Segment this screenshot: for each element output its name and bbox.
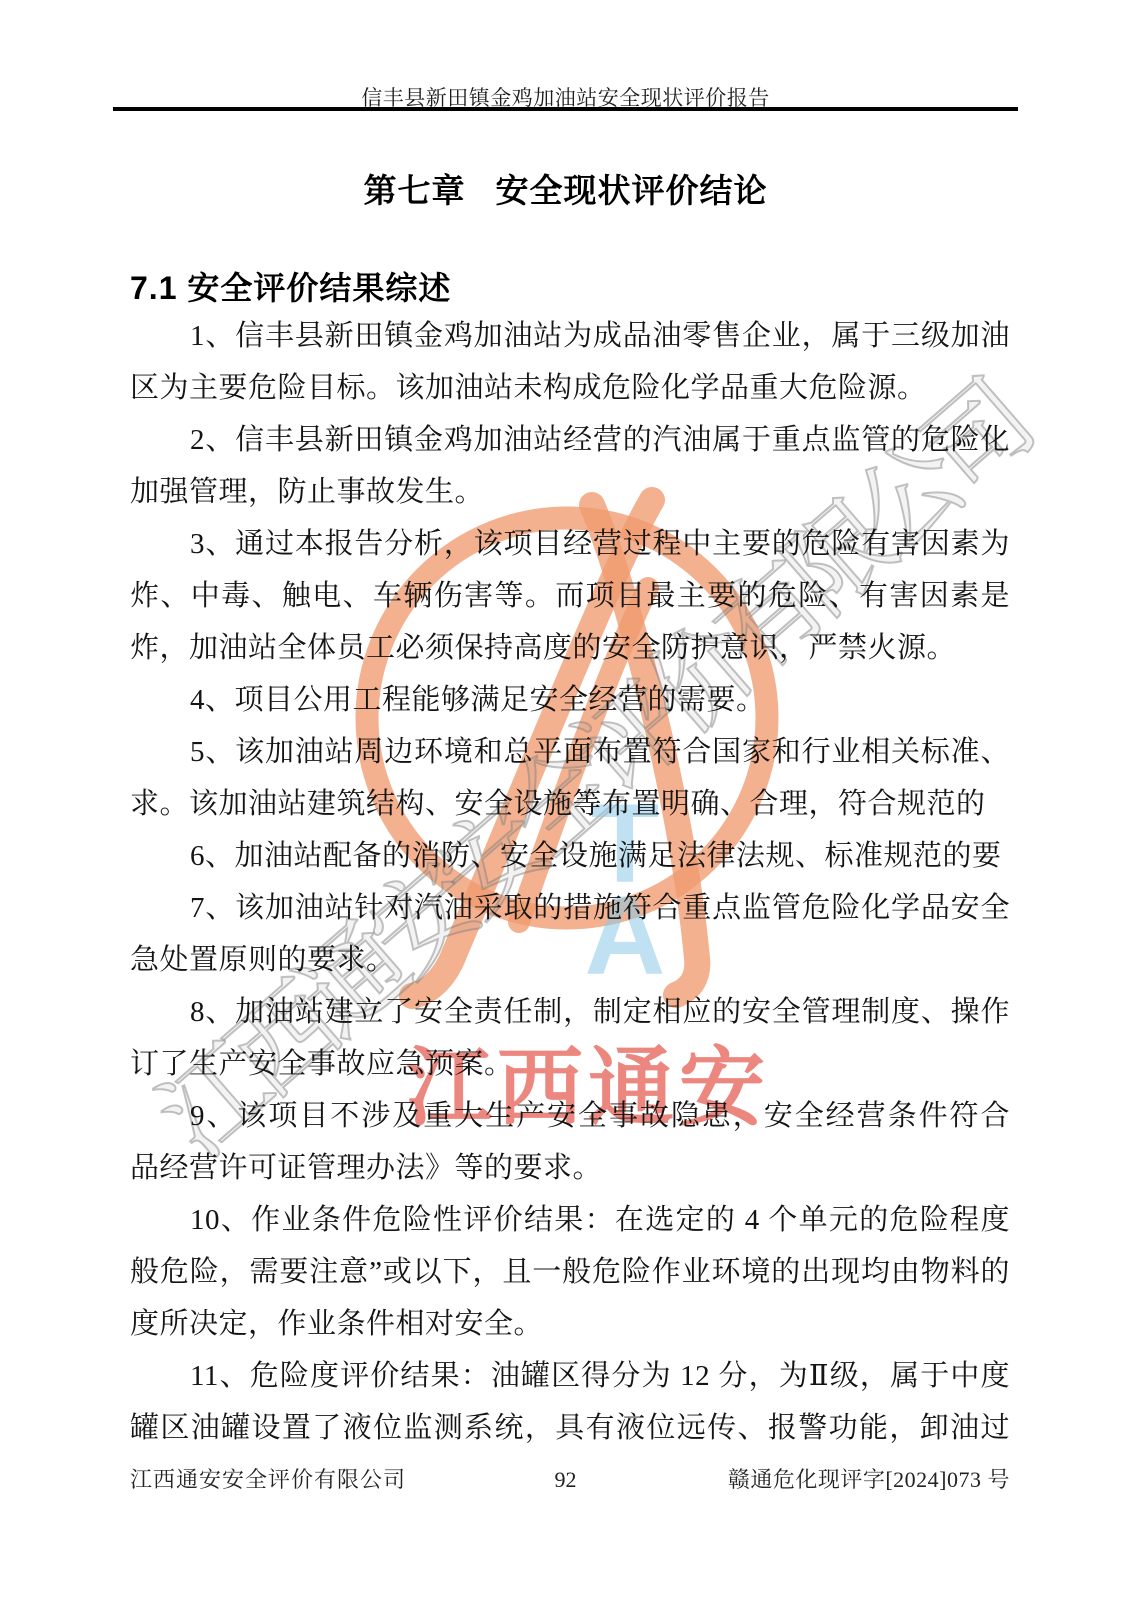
body-line: 1、信丰县新田镇金鸡加油站为成品油零售企业，属于三级加油站，油罐 — [130, 310, 1010, 362]
body-line: 10、作业条件危险性评价结果：在选定的 4 个单元的危险程度均为“一 — [130, 1194, 1010, 1246]
body-line: 4、项目公用工程能够满足安全经营的需要。 — [130, 674, 1010, 726]
body-line: 区为主要危险目标。该加油站未构成危险化学品重大危险源。 — [130, 362, 1010, 414]
body-line: 般危险，需要注意”或以下，且一般危险作业环境的出现均由物料的危险程 — [130, 1246, 1010, 1298]
document-content: 信丰县新田镇金鸡加油站安全现状评价报告 第七章安全现状评价结论 7.1 安全评价… — [0, 0, 1131, 1600]
body-line: 订了生产安全事故应急预案。 — [130, 1038, 1010, 1090]
body-line: 11、危险度评价结果：油罐区得分为 12 分，为Ⅱ级，属于中度危险。油 — [130, 1350, 1010, 1402]
footer-document-number: 赣通危化现评字[2024]073 号 — [728, 1463, 1010, 1494]
chapter-title: 第七章安全现状评价结论 — [0, 165, 1131, 212]
body-line: 度所决定，作业条件相对安全。 — [130, 1298, 1010, 1350]
body-line: 炸，加油站全体员工必须保持高度的安全防护意识，严禁火源。 — [130, 622, 1010, 674]
body-line: 求。该加油站建筑结构、安全设施等布置明确、合理，符合规范的要求。 — [130, 778, 1010, 830]
body-line: 9、该项目不涉及重大生产安全事故隐患，安全经营条件符合《危险化学 — [130, 1090, 1010, 1142]
body-text: 1、信丰县新田镇金鸡加油站为成品油零售企业，属于三级加油站，油罐区为主要危险目标… — [130, 310, 1010, 1454]
body-line: 3、通过本报告分析，该项目经营过程中主要的危险有害因素为火灾与爆 — [130, 518, 1010, 570]
body-line: 急处置原则的要求。 — [130, 934, 1010, 986]
body-line: 5、该加油站周边环境和总平面布置符合国家和行业相关标准、规范的要 — [130, 726, 1010, 778]
body-line: 加强管理，防止事故发生。 — [130, 466, 1010, 518]
body-line: 2、信丰县新田镇金鸡加油站经营的汽油属于重点监管的危险化学品，应 — [130, 414, 1010, 466]
body-line: 6、加油站配备的消防、安全设施满足法律法规、标准规范的要求。 — [130, 830, 1010, 882]
body-line: 炸、中毒、触电、车辆伤害等。而项目最主要的危险、有害因素是火灾与爆 — [130, 570, 1010, 622]
header-rule — [113, 107, 1018, 111]
chapter-title-text: 安全现状评价结论 — [496, 172, 768, 209]
body-line: 8、加油站建立了安全责任制，制定相应的安全管理制度、操作规程，修 — [130, 986, 1010, 1038]
report-page: 江西通安安全评价有限公司 T A 江西通安 信丰县新田镇金鸡加油站安全现状评价报… — [0, 0, 1131, 1600]
body-line: 7、该加油站针对汽油采取的措施符合重点监管危险化学品安全措施及应 — [130, 882, 1010, 934]
body-line: 罐区油罐设置了液位监测系统，具有液位远传、报警功能，卸油过程中设有 — [130, 1402, 1010, 1454]
chapter-number: 第七章 — [364, 172, 466, 209]
body-line: 品经营许可证管理办法》等的要求。 — [130, 1142, 1010, 1194]
section-heading: 7.1 安全评价结果综述 — [130, 263, 451, 309]
